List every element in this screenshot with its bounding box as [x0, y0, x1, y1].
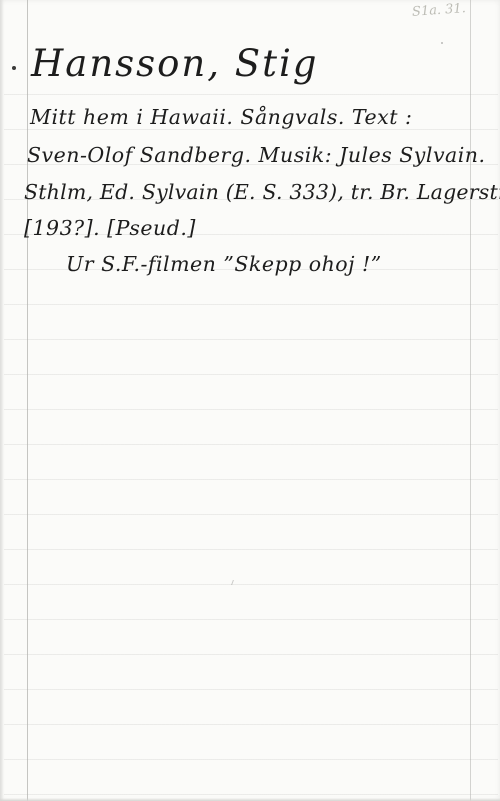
pencil-shelf-mark: S1a. 31.	[412, 1, 467, 20]
catalog-card-scan: S1a. 31. Hansson, Stig Mitt hem i Hawaii…	[0, 0, 500, 801]
margin-dot	[12, 66, 16, 70]
text-author-line: Sven-Olof Sandberg. Musik: Jules Sylvain…	[27, 143, 486, 167]
scan-edge-left	[0, 0, 4, 801]
publisher-line: Sthlm, Ed. Sylvain (E. S. 333), tr. Br. …	[24, 180, 500, 204]
year-pseudonym-line: [193?]. [Pseud.]	[24, 216, 196, 240]
film-note-line: Ur S.F.-filmen ”Skepp ohoj !”	[66, 252, 382, 276]
scan-speck	[441, 42, 443, 44]
card-heading-name: Hansson, Stig	[31, 42, 319, 85]
horizontal-ruled-lines	[4, 60, 498, 801]
scan-speck	[231, 580, 237, 585]
right-margin-rule	[470, 0, 471, 801]
left-margin-rule	[27, 0, 28, 801]
title-line: Mitt hem i Hawaii. Sångvals. Text :	[30, 105, 412, 129]
